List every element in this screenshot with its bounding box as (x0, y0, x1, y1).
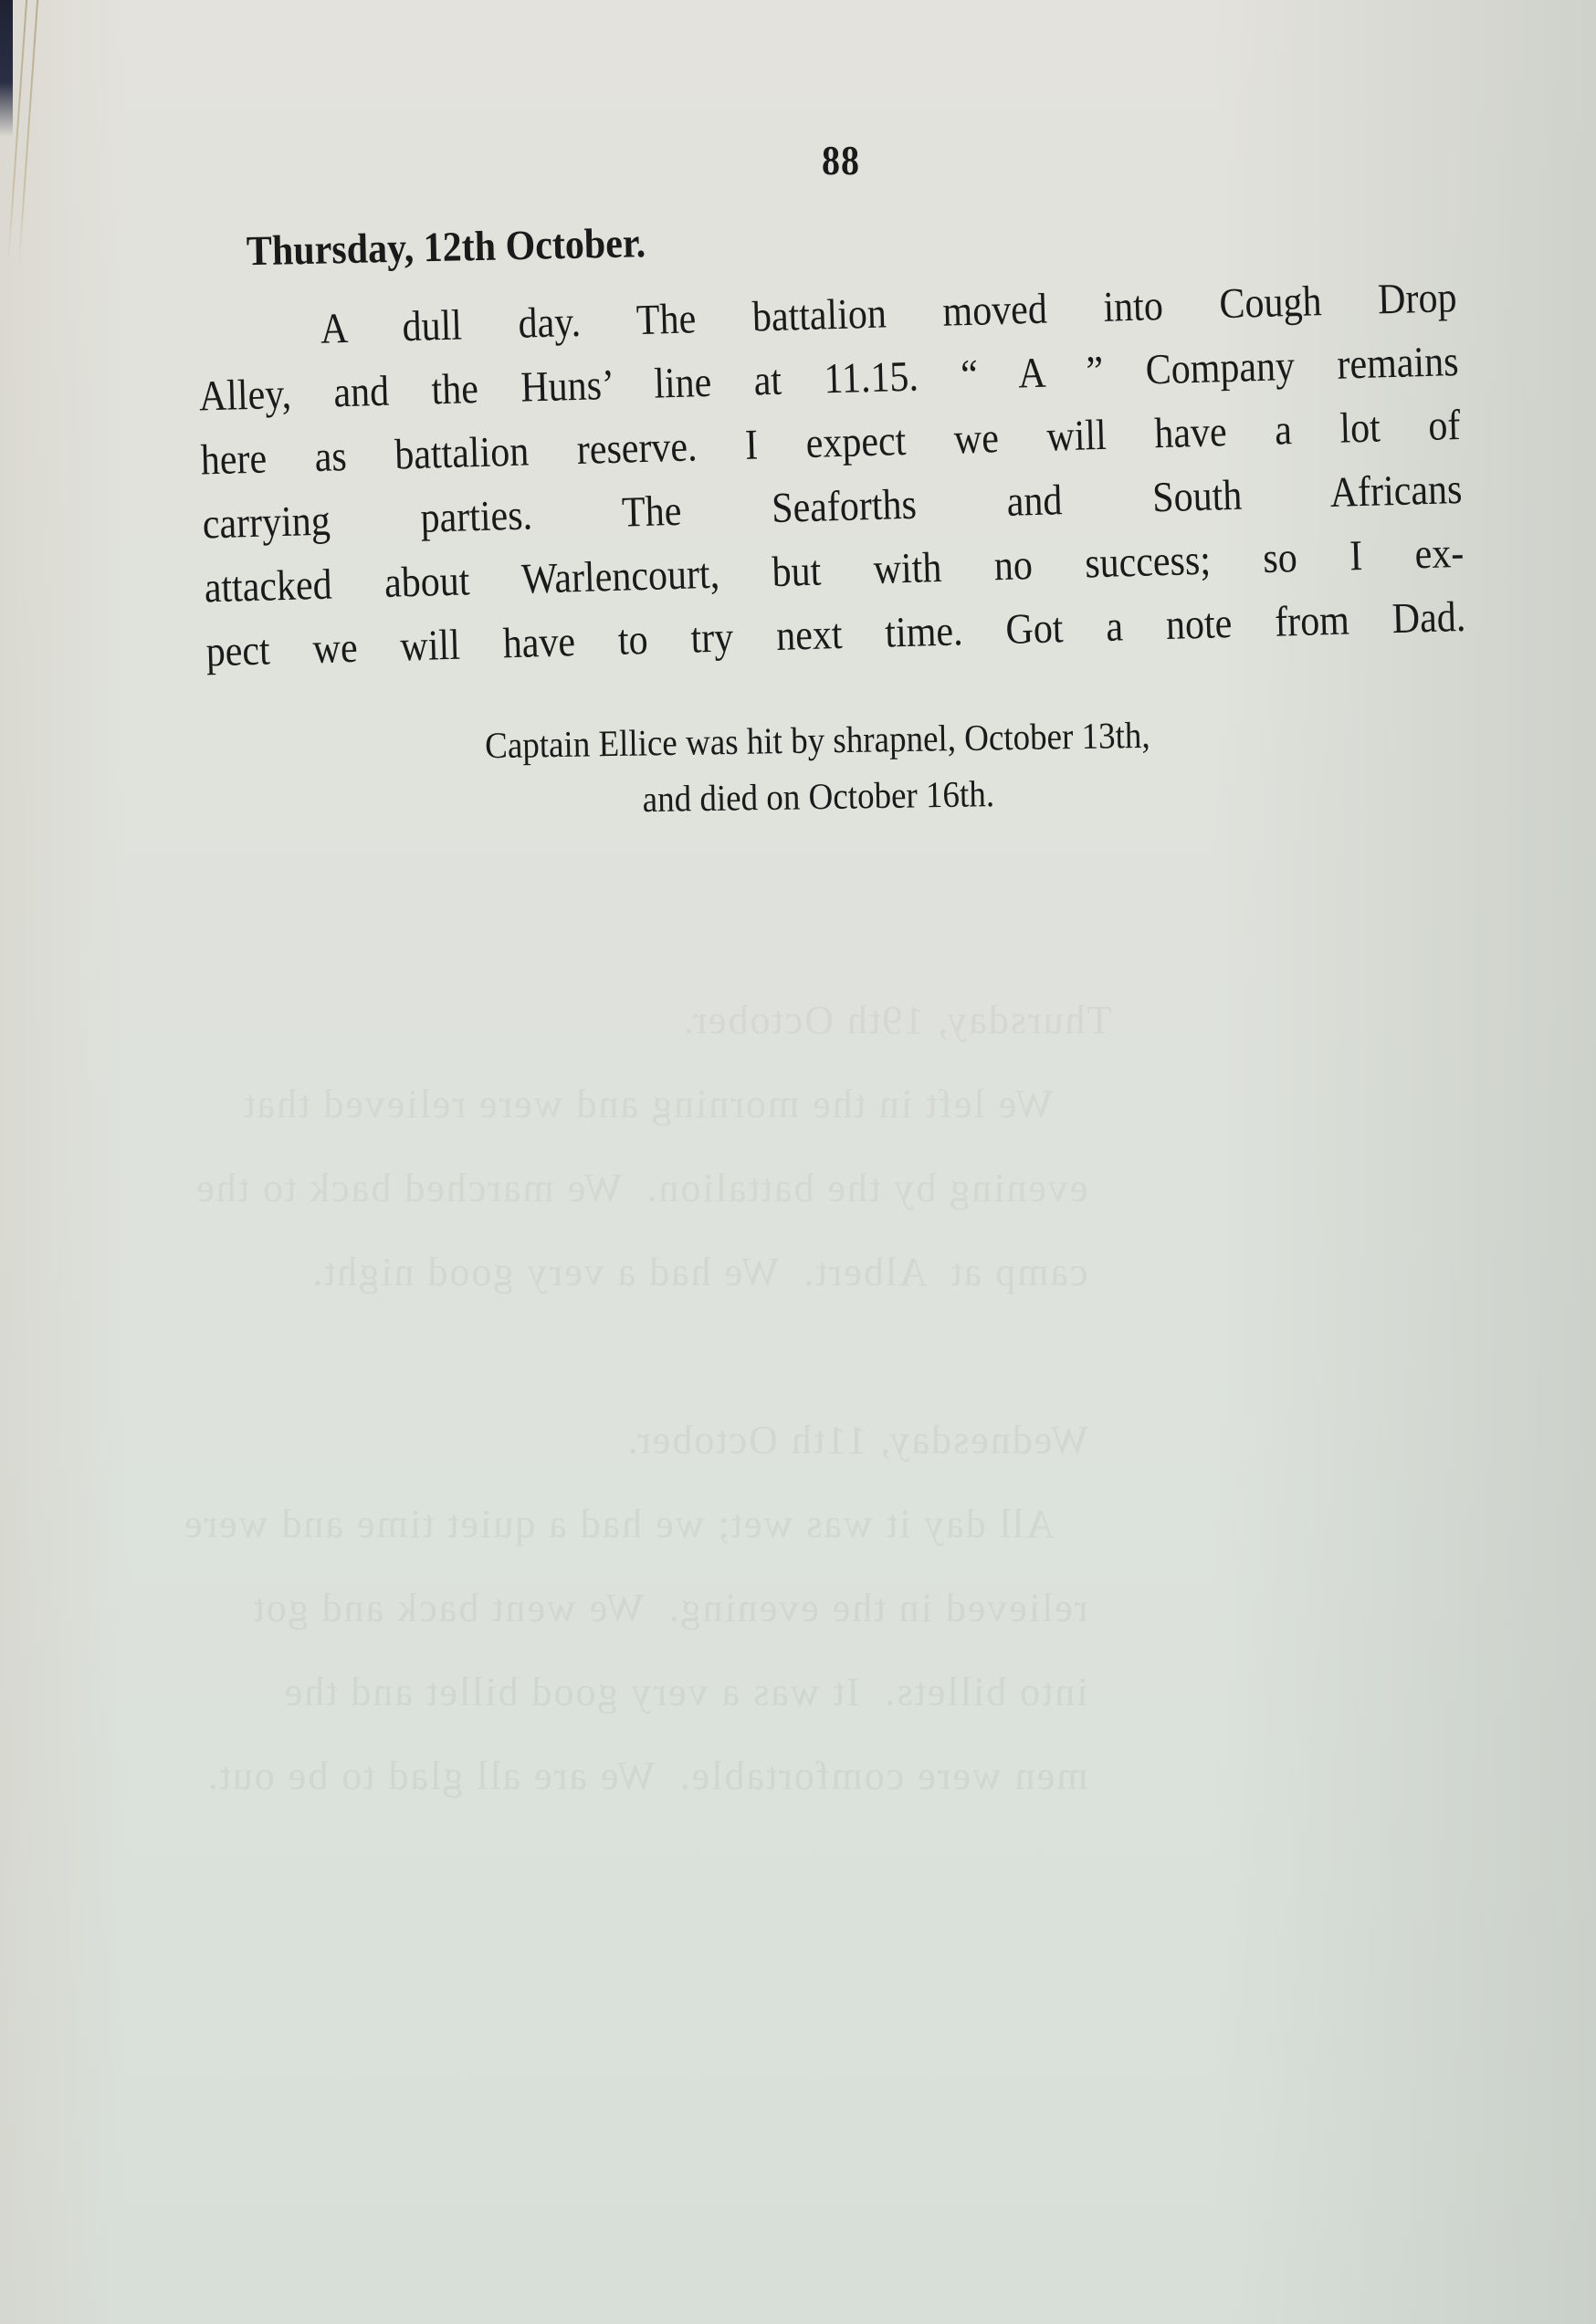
page-number: 88 (822, 135, 860, 184)
diary-entry-heading: Thursday, 12th October. (246, 219, 646, 276)
reverse-side-show-through: Thursday, 19th October. We left in the m… (183, 895, 1112, 1902)
book-page: Thursday, 19th October. We left in the m… (0, 0, 1596, 2324)
book-cover-edge (0, 0, 13, 137)
diary-entry-body: A dull day. The battalion moved into Cou… (196, 266, 1466, 684)
editorial-note: Captain Ellice was hit by shrapnel, Octo… (329, 706, 1307, 833)
page-edge-line (18, 0, 38, 265)
